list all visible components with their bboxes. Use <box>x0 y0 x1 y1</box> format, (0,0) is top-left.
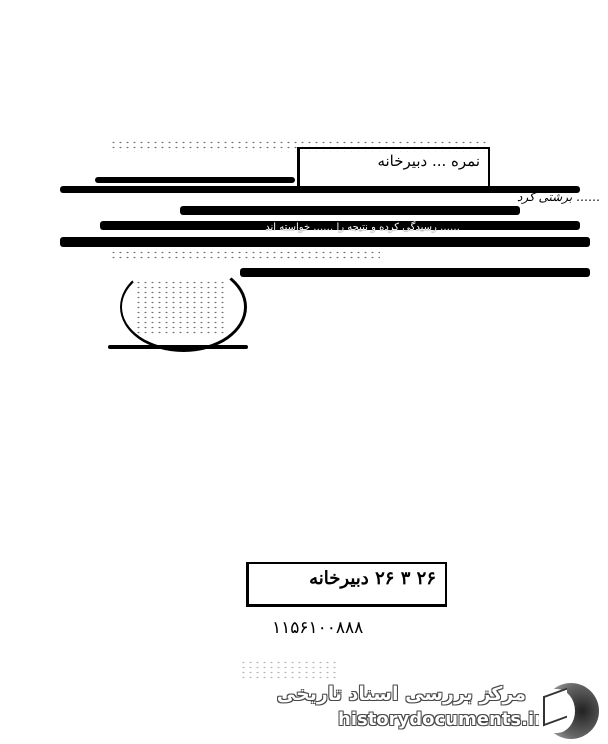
watermark-site: historydocuments.ir <box>338 709 543 730</box>
text-line-1 <box>95 177 295 183</box>
seal-underline <box>108 345 248 349</box>
scan-noise-mid <box>110 250 380 260</box>
scan-noise-bottom <box>240 660 340 680</box>
bottom-stamp-number: ۱۱۵۶۱۰۰۸۸۸ <box>272 618 452 638</box>
seal-speckles <box>135 280 225 335</box>
header-stamp-text: نمره ... دبیرخانه <box>300 152 480 170</box>
text-line-5 <box>240 268 590 277</box>
margin-note: …… برشتی کرد <box>470 190 600 204</box>
text-line-4 <box>60 237 590 247</box>
line-note: …… رسیدگی کرده و نتیجه را …… خواسته اند <box>160 222 460 233</box>
bottom-stamp-text: ۲۶ ۳ ۲۶ دبیرخانه <box>252 568 436 589</box>
text-line-2 <box>180 206 520 215</box>
watermark-title: مرکز بررسی اسناد تاریخی <box>326 683 526 705</box>
document-page: نمره ... دبیرخانه …… برشتی کرد …… رسیدگی… <box>0 0 608 744</box>
